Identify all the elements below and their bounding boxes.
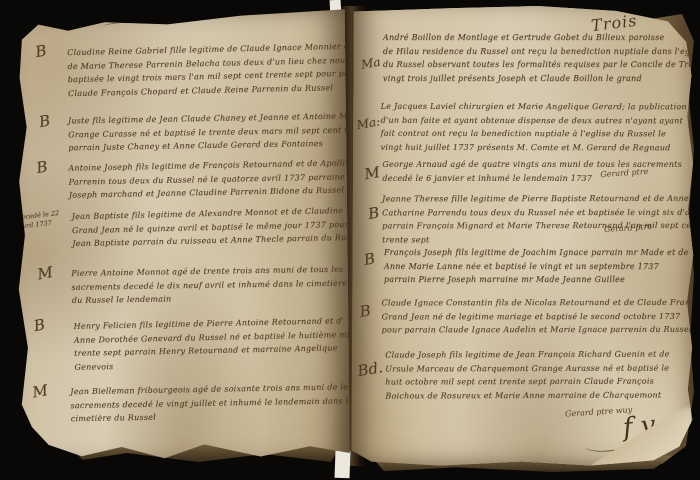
entry-text: Claude Ignace Constantin fils de Nicolas… bbox=[382, 296, 700, 337]
entry-margin-note: decedé le 22avril 1737 bbox=[17, 209, 60, 231]
entry-margin-letter: Ma: bbox=[356, 114, 382, 132]
register-entry: B Juste fils legitime de Jean Claude Cha… bbox=[15, 8, 346, 11]
entry-margin-letter: B bbox=[35, 157, 49, 177]
register-entry: decedé le 22avril 1737 Jean Baptiste fil… bbox=[15, 8, 346, 11]
entry-text: Jeanne Therese fille legitime de Pierre … bbox=[382, 192, 700, 247]
register-entry: B Antoine Joseph fils legitime de Franço… bbox=[15, 8, 346, 11]
register-entry: M George Arnaud agé de quatre vingts ans… bbox=[353, 4, 695, 6]
register-entry: B François Joseph fils legitime de Joach… bbox=[353, 4, 695, 6]
entry-margin-letter: M bbox=[36, 263, 54, 283]
entry-text: Claude Joseph fils legitime de Jean Fran… bbox=[385, 348, 670, 403]
entry-text: Henry Felicien fils legitime de Pierre A… bbox=[73, 313, 395, 374]
left-page: B Claudine Reine Gabriel fille legitime … bbox=[15, 8, 350, 461]
register-entry: M Jean Bielleman fribourgeois agé de soi… bbox=[15, 8, 346, 11]
entry-margin-letter: B bbox=[32, 315, 46, 335]
entry-text: Juste fils legitime de Jean Claude Chane… bbox=[68, 109, 392, 155]
entry-margin-letter: Ma bbox=[360, 55, 382, 72]
register-entry: Ma: Le Jacques Laviel chirurgien et Mari… bbox=[353, 4, 695, 6]
manuscript-scan: B Claudine Reine Gabriel fille legitime … bbox=[0, 0, 700, 480]
entry-text: André Boillon de Montlage et Gertrude Go… bbox=[383, 31, 700, 85]
register-entry: B Claudine Reine Gabriel fille legitime … bbox=[15, 8, 346, 11]
entry-margin-letter: B bbox=[367, 203, 381, 223]
entry-text: Jean Bielleman fribourgeois agé de soixa… bbox=[70, 380, 353, 425]
right-page: Trois Ma André Boillon de Montlage et Ge… bbox=[351, 4, 695, 468]
entry-margin-letter: B bbox=[362, 249, 376, 269]
entry-text: Pierre Antoine Monnot agé de trente troi… bbox=[71, 263, 347, 308]
register-entry: B Jeanne Therese fille legitime de Pierr… bbox=[353, 4, 695, 6]
entry-text: Jean Baptiste fils legitime de Alexandre… bbox=[72, 203, 389, 251]
entry-margin-letter: B bbox=[34, 41, 48, 61]
entry-margin-letter: M bbox=[31, 381, 49, 401]
entry-text: François Joseph fils legitime de Joachim… bbox=[384, 246, 689, 287]
register-entry: M Pierre Antoine Monnot agé de trente tr… bbox=[15, 8, 346, 11]
register-entry: B Claude Ignace Constantin fils de Nicol… bbox=[353, 4, 695, 6]
entry-margin-letter: M bbox=[363, 163, 381, 183]
entry-margin-letter: B bbox=[358, 301, 372, 321]
entry-text: Claudine Reine Gabriel fille legitime de… bbox=[67, 39, 380, 100]
entry-margin-letter: Bd. bbox=[356, 358, 384, 380]
entry-text: Le Jacques Laviel chirurgien et Marie An… bbox=[381, 100, 687, 155]
register-entry: B Henry Felicien fils legitime de Pierre… bbox=[15, 8, 346, 11]
ink-scribble bbox=[103, 20, 149, 30]
entry-margin-letter: B bbox=[37, 111, 51, 131]
register-entry: Bd. Claude Joseph fils legitime de Jean … bbox=[353, 4, 695, 6]
register-entry: Ma André Boillon de Montlage et Gertrude… bbox=[353, 4, 695, 6]
bookmark-sliver-bottom bbox=[335, 451, 351, 479]
